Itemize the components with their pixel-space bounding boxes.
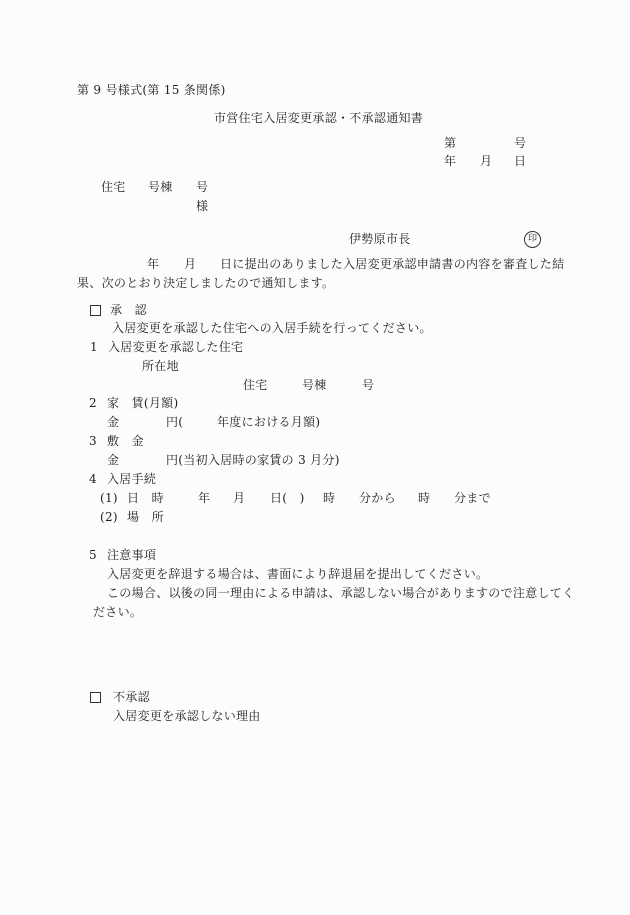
date-day: 日 xyxy=(514,155,526,167)
date-year: 年 xyxy=(444,155,456,167)
item2-fiscal-note: 年度における月額) xyxy=(217,416,320,428)
item1-goto: 号棟 xyxy=(302,379,327,391)
item5-note1: 入居変更を辞退する場合は、書面により辞退届を提出してください。 xyxy=(107,568,488,580)
seal-icon: 印 xyxy=(524,231,541,248)
item4-sub2-label: 場 所 xyxy=(127,511,164,523)
item4-hour-to: 時 xyxy=(418,492,430,504)
addressee-jutaku: 住宅 xyxy=(101,181,126,193)
item5-note2-line2: ださい。 xyxy=(93,606,142,618)
item4-day: 日( ) xyxy=(270,492,305,504)
item2-yen: 円( xyxy=(166,416,183,428)
intro-line1: 日に提出のありました入居変更承認申請書の内容を審査した結 xyxy=(220,258,564,270)
item3-number: 3 xyxy=(89,435,97,447)
item3-label: 敷 金 xyxy=(107,435,144,447)
disapproval-checkbox[interactable] xyxy=(90,692,101,703)
addressee-go: 号 xyxy=(196,181,208,193)
date-month: 月 xyxy=(480,155,492,167)
approval-heading: 承 認 xyxy=(110,304,147,316)
item1-go: 号 xyxy=(362,379,374,391)
document-title: 市営住宅入居変更承認・不承認通知書 xyxy=(214,112,423,124)
intro-year: 年 xyxy=(147,258,159,270)
doc-number-suffix: 号 xyxy=(514,137,526,149)
item1-jutaku: 住宅 xyxy=(243,379,268,391)
item4-minute-to: 分まで xyxy=(454,492,491,504)
item4-hour-from: 時 xyxy=(323,492,335,504)
item4-sub1-label: 日 時 xyxy=(127,492,164,504)
doc-number-prefix: 第 xyxy=(444,137,456,149)
item4-number: 4 xyxy=(89,473,97,485)
item2-number: 2 xyxy=(89,397,97,409)
item1-location-label: 所在地 xyxy=(142,360,179,372)
disapproval-heading: 不承認 xyxy=(113,691,150,703)
item2-label: 家 賃(月額) xyxy=(107,397,178,409)
disapproval-reason-label: 入居変更を承認しない理由 xyxy=(113,710,261,722)
item3-yen-note: 円(当初入居時の家賃の 3 月分) xyxy=(166,454,340,466)
item4-sub2-number: (2) xyxy=(100,511,118,523)
intro-line2: 果、次のとおり決定しましたので通知します。 xyxy=(77,277,334,289)
item4-minute-from: 分から xyxy=(359,492,396,504)
approval-checkbox[interactable] xyxy=(90,305,101,316)
item4-label: 入居手続 xyxy=(107,473,156,485)
form-number: 第 9 号様式(第 15 条関係) xyxy=(77,84,226,96)
item2-kin: 金 xyxy=(107,416,119,428)
item4-sub1-number: (1) xyxy=(100,492,118,504)
addressee-goto: 号棟 xyxy=(148,181,173,193)
item1-label: 入居変更を承認した住宅 xyxy=(108,341,243,353)
item5-label: 注意事項 xyxy=(107,549,156,561)
item3-kin: 金 xyxy=(107,454,119,466)
item4-year: 年 xyxy=(198,492,210,504)
item1-number: 1 xyxy=(90,341,98,353)
issuer-name: 伊勢原市長 xyxy=(349,233,411,245)
item4-month: 月 xyxy=(233,492,245,504)
item5-number: 5 xyxy=(89,549,97,561)
item5-note2-line1: この場合、以後の同一理由による申請は、承認しない場合がありますので注意してく xyxy=(107,587,574,599)
intro-month: 月 xyxy=(184,258,196,270)
addressee-sama: 様 xyxy=(196,200,208,212)
approval-instruction: 入居変更を承認した住宅への入居手続を行ってください。 xyxy=(112,322,432,334)
